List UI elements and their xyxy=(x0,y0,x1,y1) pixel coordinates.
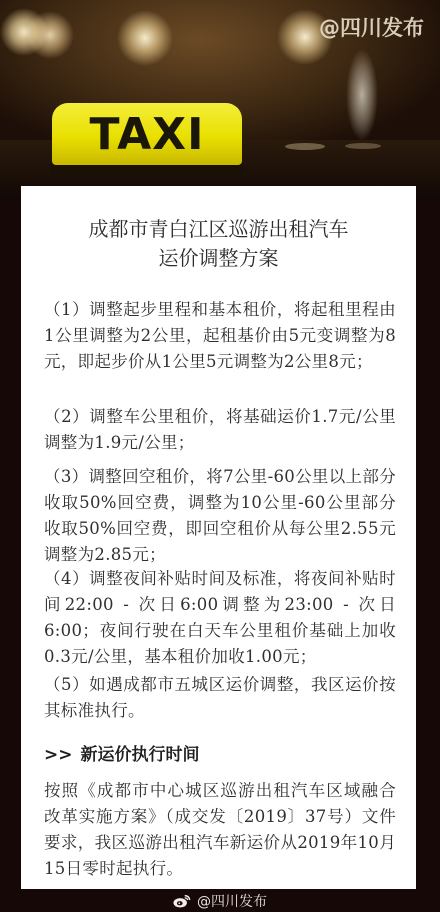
taxi-photo-header: TAXI @四川发布 xyxy=(0,0,440,200)
content-card: 成都市青白江区巡游出租汽车 运价调整方案 （1）调整起步里程和基本租价，将起租里… xyxy=(21,186,416,889)
title-line-2: 运价调整方案 xyxy=(21,244,416,273)
item-1: （1）调整起步里程和基本租价，将起租里程由1公里调整为2公里，起租基价由5元变调… xyxy=(44,297,396,375)
taxi-sign: TAXI xyxy=(52,103,242,165)
section-heading: >>新运价执行时间 xyxy=(44,742,200,768)
light-reflection xyxy=(285,143,325,150)
item-2: （2）调整车公里租价，将基础运价1.7元/公里调整为1.9元/公里； xyxy=(44,404,396,456)
page-title: 成都市青白江区巡游出租汽车 运价调整方案 xyxy=(21,215,416,273)
item-3: （3）调整回空租价，将7公里-60公里以上部分收取50%回空费，调整为10公里-… xyxy=(44,464,396,568)
section-heading-text: 新运价执行时间 xyxy=(81,745,200,765)
section-body: 按照《成都市中心城区巡游出租汽车区域融合改革实施方案》（成交发〔2019〕37号… xyxy=(44,778,396,882)
weibo-icon xyxy=(173,893,191,909)
footer-watermark-text: @四川发布 xyxy=(197,891,267,911)
taxi-sign-text: TAXI xyxy=(90,109,205,160)
footer-watermark: @四川发布 xyxy=(0,889,440,912)
item-4: （4）调整夜间补贴时间及标准，将夜间补贴时间22:00 - 次日6:00调整为2… xyxy=(44,566,396,670)
light-reflection xyxy=(345,143,381,149)
taxi-sign-base xyxy=(50,163,244,177)
item-5: （5）如遇成都市五城区运价调整，我区运价按其标准执行。 xyxy=(44,672,396,724)
watermark-top: @四川发布 xyxy=(319,12,424,42)
double-chevron-icon: >> xyxy=(44,745,73,765)
title-line-1: 成都市青白江区巡游出租汽车 xyxy=(21,215,416,244)
